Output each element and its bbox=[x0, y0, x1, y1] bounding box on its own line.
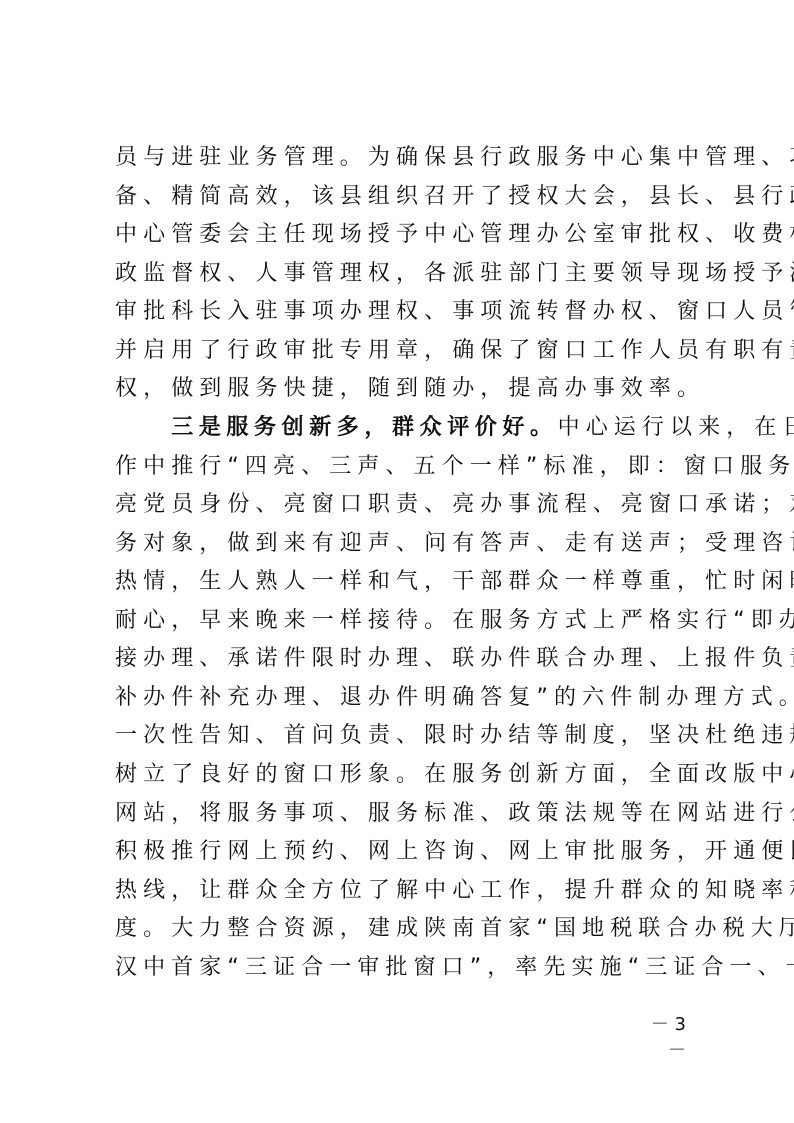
text-line: 网站，将服务事项、服务标准、政策法规等在网站进行公示， bbox=[115, 795, 681, 834]
text-line: 员与进驻业务管理。为确保县行政服务中心集中管理、功能完 bbox=[115, 139, 681, 178]
text-line: 政监督权、人事管理权，各派驻部门主要领导现场授予派驻的 bbox=[115, 255, 681, 294]
text-line: 耐心，早来晚来一样接待。在服务方式上严格实行“即办件直 bbox=[115, 602, 681, 641]
text-line: 亮党员身份、亮窗口职责、亮办事流程、亮窗口承诺；对待服 bbox=[115, 486, 681, 525]
text-line: 补办件补充办理、退办件明确答复”的六件制办理方式。落实 bbox=[115, 679, 681, 718]
text-line: 度。大力整合资源，建成陕南首家“国地税联合办税大厅”和 bbox=[115, 910, 681, 949]
text-line: 热线，让群众全方位了解中心工作，提升群众的知晓率和参与 bbox=[115, 872, 681, 911]
text-line: 中心管委会主任现场授予中心管理办公室审批权、收费权、行 bbox=[115, 216, 681, 255]
text-line: 作中推行“四亮、三声、五个一样”标准，即：窗口服务做到 bbox=[115, 448, 681, 487]
text-line: 汉中首家“三证合一审批窗口”，率先实施“三证合一、一照 bbox=[115, 949, 681, 988]
text-line: 一次性告知、首问负责、限时办结等制度，坚决杜绝违规操作， bbox=[115, 717, 681, 756]
section-heading: 三是服务创新多，群众评价好。 bbox=[171, 415, 557, 440]
text-run: 中心运行以来，在日常工 bbox=[558, 415, 794, 440]
text-line: 备、精简高效，该县组织召开了授权大会，县长、县行政服务 bbox=[115, 178, 681, 217]
text-line: 接办理、承诺件限时办理、联办件联合办理、上报件负责办理、 bbox=[115, 640, 681, 679]
text-line: 审批科长入驻事项办理权、事项流转督办权、窗口人员管理权， bbox=[115, 293, 681, 332]
text-line: 树立了良好的窗口形象。在服务创新方面，全面改版中心门户 bbox=[115, 756, 681, 795]
text-line: 并启用了行政审批专用章，确保了窗口工作人员有职有责有 bbox=[115, 332, 681, 371]
page-number: － 3 － bbox=[636, 1010, 686, 1062]
document-page: 员与进驻业务管理。为确保县行政服务中心集中管理、功能完 备、精简高效，该县组织召… bbox=[0, 0, 794, 1123]
text-line-section-heading: 三是服务创新多，群众评价好。中心运行以来，在日常工 bbox=[115, 409, 681, 448]
text-line: 务对象，做到来有迎声、问有答声、走有送声；受理咨询一样 bbox=[115, 525, 681, 564]
text-line: 积极推行网上预约、网上咨询、网上审批服务，开通便民服务 bbox=[115, 833, 681, 872]
text-line: 权，做到服务快捷，随到随办，提高办事效率。 bbox=[115, 370, 681, 409]
text-line: 热情，生人熟人一样和气，干部群众一样尊重，忙时闲时一样 bbox=[115, 563, 681, 602]
body-text: 员与进驻业务管理。为确保县行政服务中心集中管理、功能完 备、精简高效，该县组织召… bbox=[115, 139, 681, 987]
paragraph-indent bbox=[115, 415, 171, 440]
